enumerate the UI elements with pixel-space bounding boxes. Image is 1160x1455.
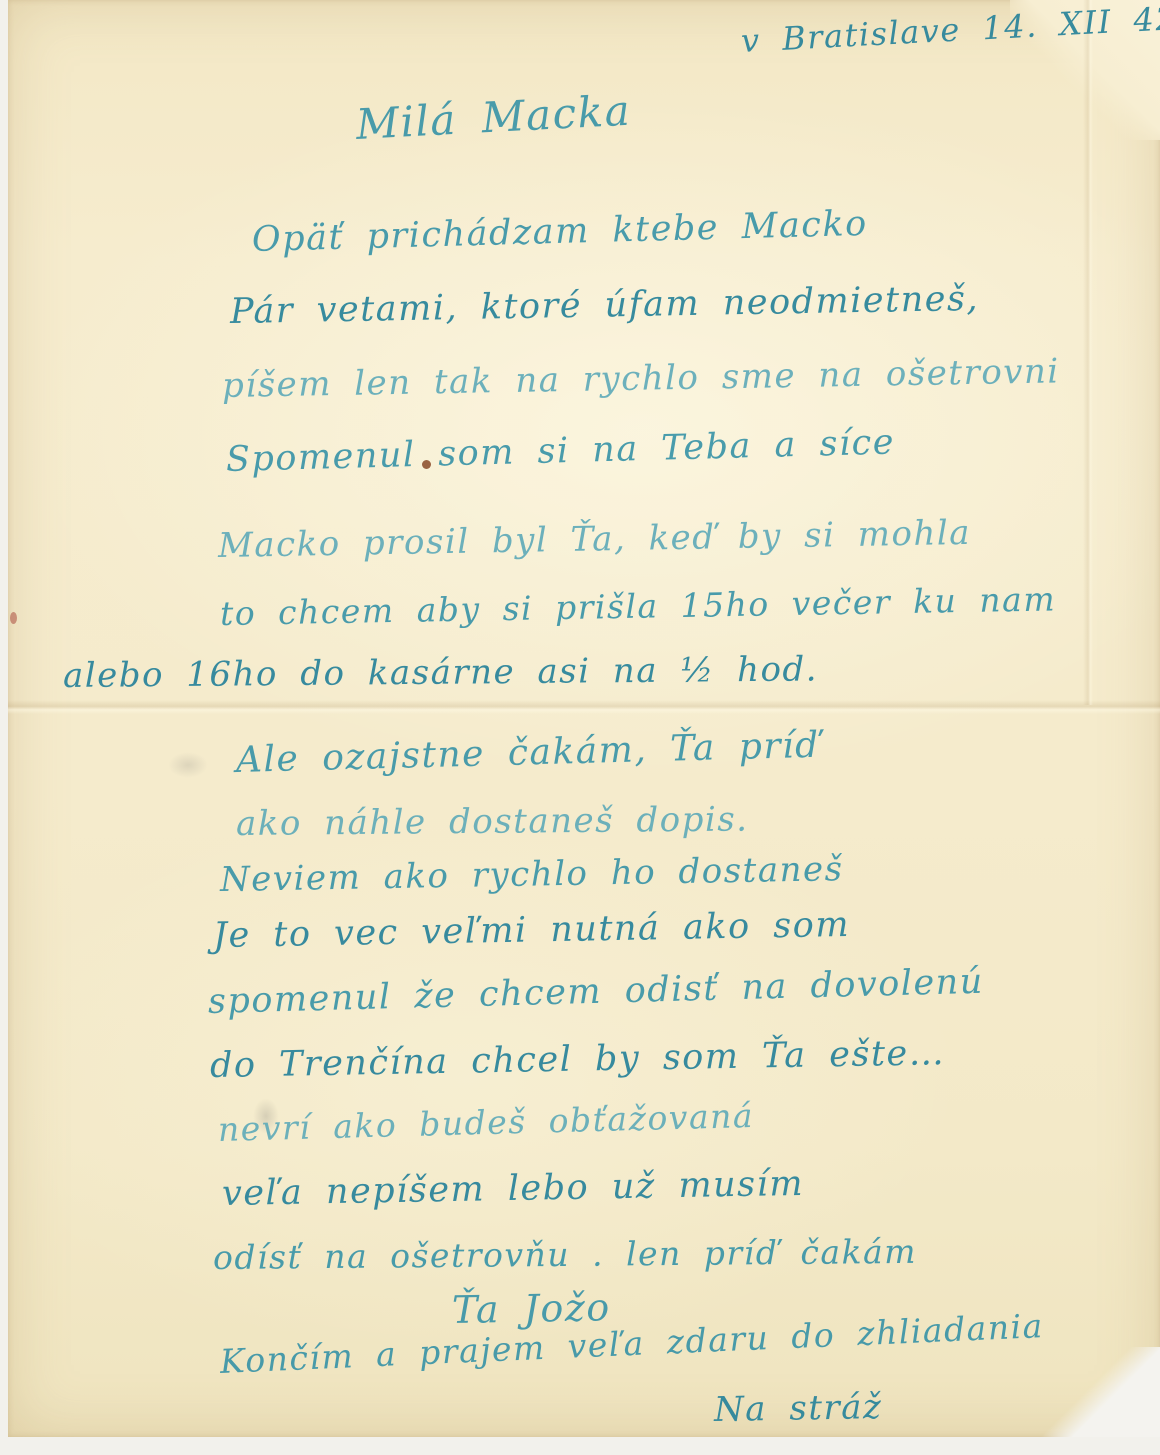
letter-line: do Trenčína chcel by som Ťa ešte…: [210, 1033, 946, 1086]
letter-line: Je to vec veľmi nutná ako som: [213, 905, 851, 956]
letter-line: píšem len tak na rychlo sme na ošetrovni: [222, 351, 1060, 406]
letter-line: spomenul že chcem odisť na dovolenú: [207, 962, 984, 1022]
letter-line: Ale ozajstne čakám, Ťa príď: [235, 725, 820, 781]
letter-line: ako náhle dostaneš dopis.: [236, 800, 749, 844]
letter-scan: v Bratislave 14. XII 42 Milá Macka Opäť …: [0, 0, 1160, 1455]
fold-crease-vertical: [1083, 0, 1093, 705]
letter-line: to chcem aby si prišla 15ho večer ku nam: [220, 579, 1057, 633]
letter-line: Macko prosil byl Ťa, keď by si mohla: [218, 513, 972, 566]
paper-corner-cut: [1020, 1347, 1160, 1437]
letter-page: v Bratislave 14. XII 42 Milá Macka Opäť …: [8, 0, 1160, 1437]
letter-line: Neviem ako rychlo ho dostaneš: [220, 849, 844, 900]
closing-line: Končím a prajem veľa zdaru do zhliadania: [219, 1306, 1044, 1381]
letter-line: nevrí ako budeš obťažovaná: [217, 1096, 754, 1149]
salutation: Milá Macka: [355, 86, 633, 149]
ink-blot: [10, 612, 17, 624]
letter-line: Opäť prichádzam ktebe Macko: [251, 204, 868, 260]
letter-line: Spomenul som si na Teba a síce: [225, 422, 895, 480]
fold-crease-horizontal: [8, 700, 1160, 714]
ink-smudge: [168, 752, 208, 778]
letter-line: veľa nepíšem lebo už musím: [222, 1164, 805, 1214]
letter-line: Pár vetami, ktoré úfam neodmietneš,: [230, 279, 980, 332]
letter-line: alebo 16ho do kasárne asi na ½ hod.: [63, 649, 818, 696]
letter-line: odísť na ošetrovňu . len príď čakám: [213, 1232, 917, 1277]
farewell: Na stráž: [714, 1387, 883, 1430]
